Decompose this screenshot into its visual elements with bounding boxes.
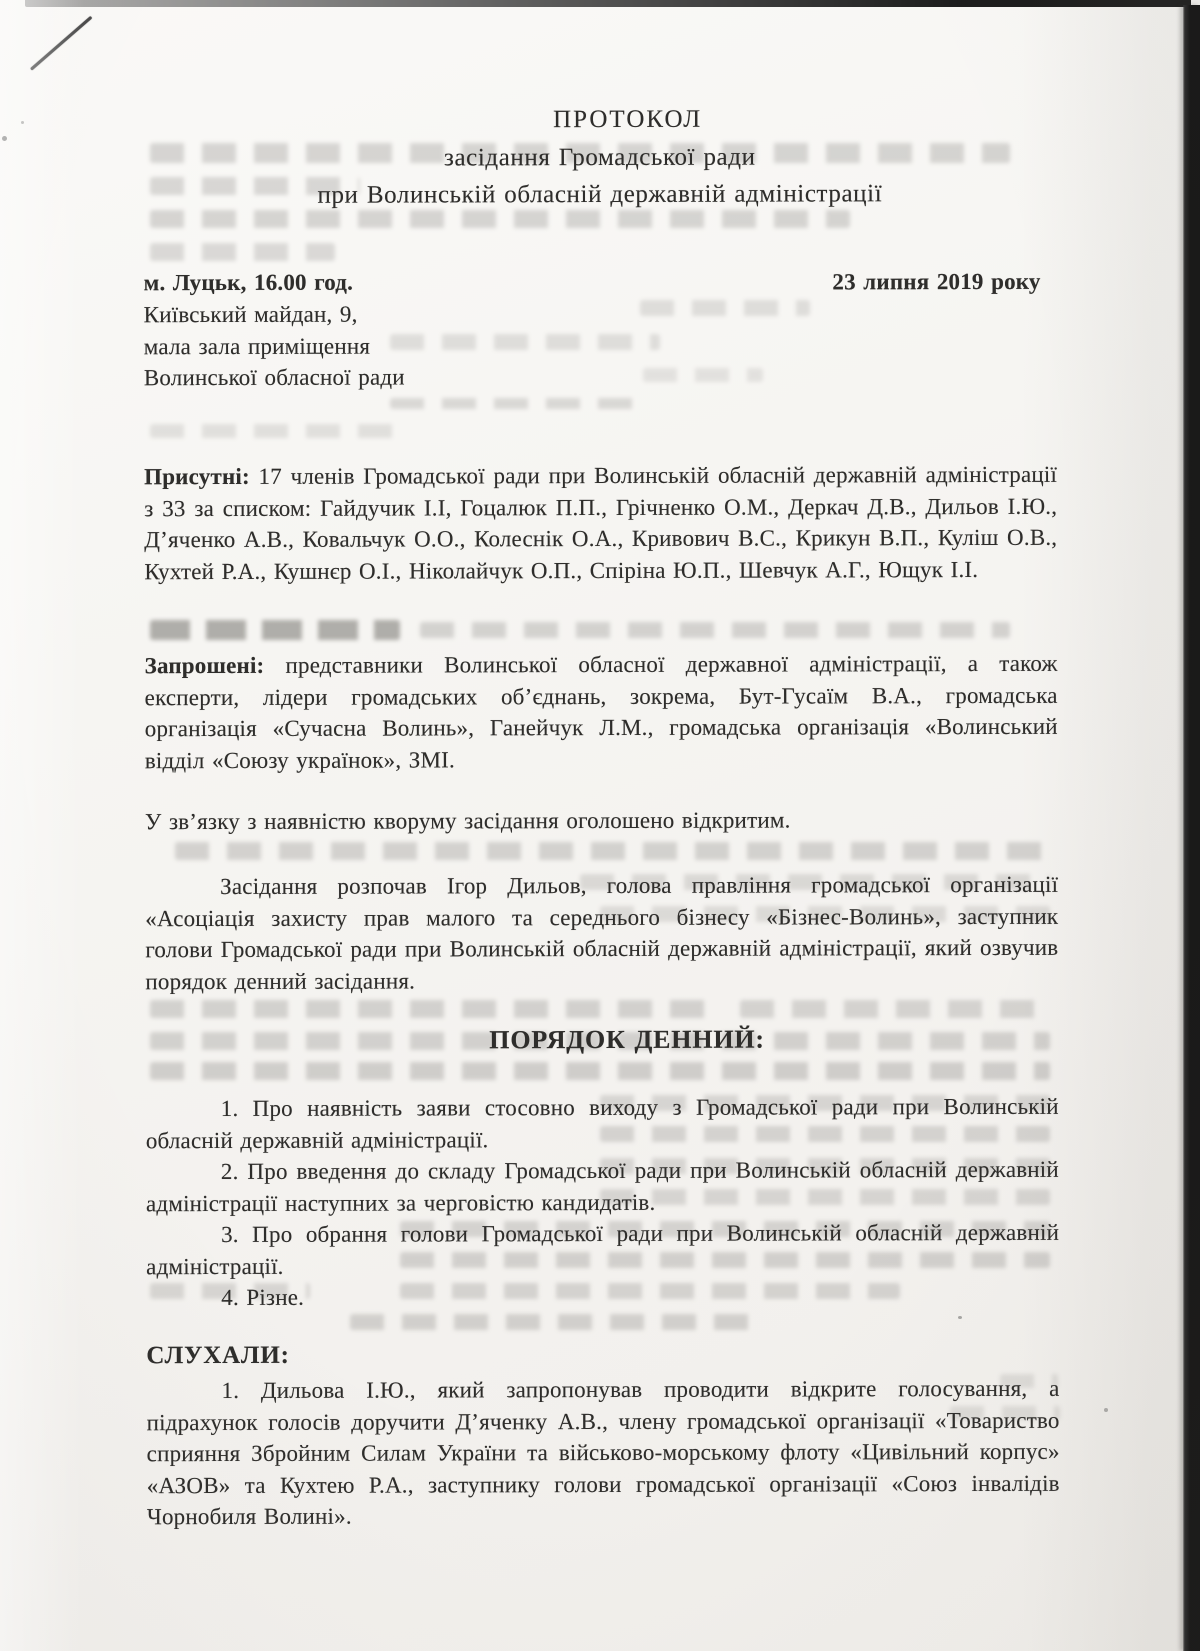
present-label: Присутні:	[144, 464, 250, 489]
agenda-item-2: 2. Про введення до складу Громадської ра…	[146, 1154, 1059, 1219]
scan-speck	[958, 1316, 962, 1319]
scanned-protocol-page: ПРОТОКОЛ засідання Громадської ради при …	[0, 0, 1200, 1651]
document-title-line2: засідання Громадської ради	[444, 143, 756, 171]
document-title: ПРОТОКОЛ засідання Громадської ради при …	[143, 100, 1056, 215]
meeting-meta: м. Луцьк, 16.00 год. Київський майдан, 9…	[144, 265, 1057, 395]
scan-top-edge-band	[25, 0, 1191, 7]
meeting-date: 23 липня 2019 року	[832, 266, 1040, 298]
meeting-venue-line2: Волинської обласної ради	[144, 365, 405, 391]
invited-label: Запрошені:	[145, 653, 265, 678]
present-paragraph: Присутні: 17 членів Громадської ради при…	[144, 459, 1057, 587]
quorum-note: У зв’язку з наявністю кворуму засідання …	[145, 804, 1058, 838]
scan-speck	[21, 121, 24, 124]
agenda-list: 1. Про наявність заяви стосовно виходу з…	[146, 1091, 1060, 1314]
invited-text: представники Волинської обласної державн…	[145, 651, 1058, 773]
agenda-item-4: 4. Різне.	[146, 1280, 1059, 1314]
scan-speck	[2, 136, 7, 141]
opening-paragraph: Засідання розпочав Ігор Дильов, голова п…	[145, 869, 1058, 997]
document-body: ПРОТОКОЛ засідання Громадської ради при …	[0, 0, 1200, 1651]
scan-right-edge-band	[1183, 5, 1200, 1651]
document-title-line3: при Волинській обласній державній адміні…	[317, 180, 882, 208]
agenda-item-1: 1. Про наявність заяви стосовно виходу з…	[146, 1091, 1059, 1156]
meeting-venue-line1: мала зала приміщення	[144, 333, 370, 359]
meeting-address: Київський майдан, 9,	[144, 301, 358, 327]
scan-speck	[1104, 1408, 1108, 1412]
document-title-line1: ПРОТОКОЛ	[171, 100, 1084, 140]
meeting-city-time: м. Луцьк, 16.00 год.	[144, 270, 354, 296]
agenda-heading: ПОРЯДОК ДЕННИЙ:	[171, 1023, 1084, 1057]
heard-item-1: 1. Дильова І.Ю., який запропонував прово…	[146, 1373, 1059, 1533]
agenda-item-3: 3. Про обрання голови Громадської ради п…	[146, 1217, 1059, 1282]
invited-paragraph: Запрошені: представники Волинської облас…	[145, 648, 1058, 776]
present-text: 17 членів Громадської ради при Волинські…	[144, 462, 1057, 584]
heard-heading: СЛУХАЛИ:	[146, 1338, 1059, 1372]
